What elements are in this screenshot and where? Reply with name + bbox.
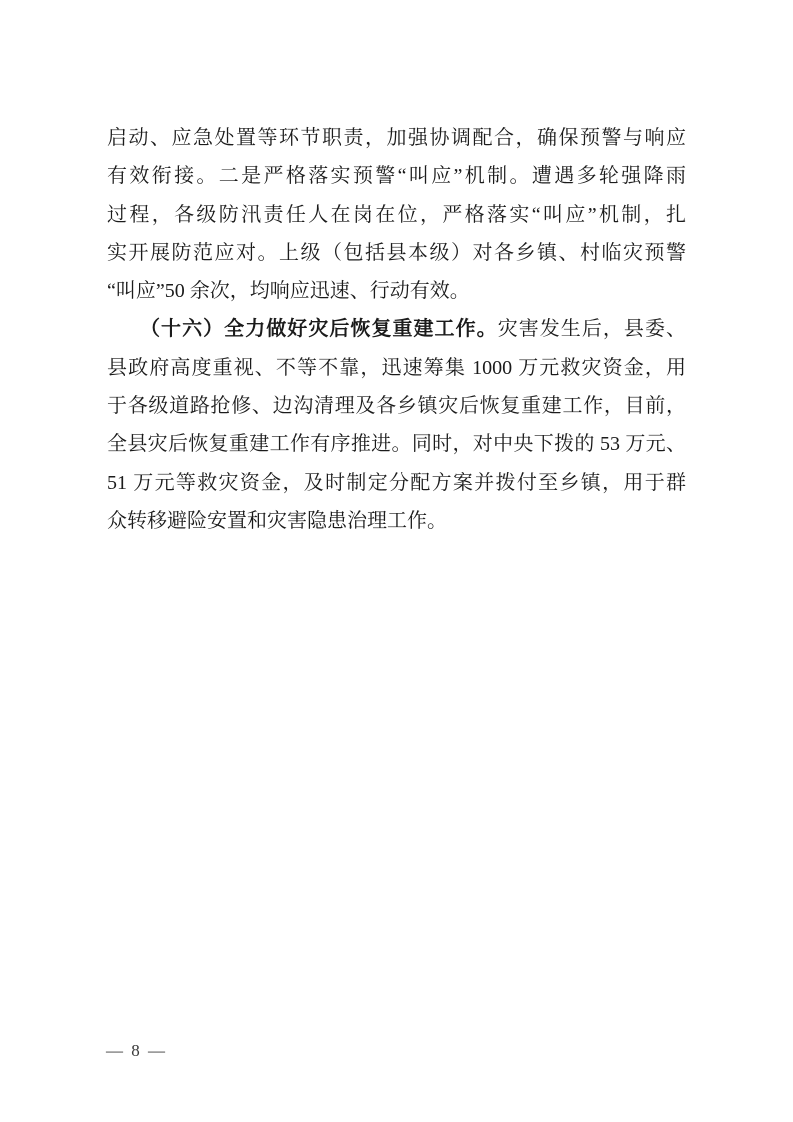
body-line: （十六）全力做好灾后恢复重建工作。灾害发生后，县委、 xyxy=(107,310,686,348)
body-line: 全县灾后恢复重建工作有序推进。同时，对中央下拨的 53 万元、 xyxy=(107,425,686,463)
page-number: — 8 — xyxy=(106,1040,167,1062)
section-16-lead-text: 灾害发生后，县委、 xyxy=(498,318,686,340)
body-line: 众转移避险安置和灾害隐患治理工作。 xyxy=(107,502,686,540)
body-line: 县政府高度重视、不等不靠，迅速筹集 1000 万元救灾资金，用 xyxy=(107,349,686,387)
body-line: 51 万元等救灾资金，及时制定分配方案并拨付至乡镇，用于群 xyxy=(107,464,686,502)
body-line: 启动、应急处置等环节职责，加强协调配合，确保预警与响应 xyxy=(107,119,686,157)
body-text-block: 启动、应急处置等环节职责，加强协调配合，确保预警与响应 有效衔接。二是严格落实预… xyxy=(107,119,686,540)
body-line: 于各级道路抢修、边沟清理及各乡镇灾后恢复重建工作，目前， xyxy=(107,387,686,425)
body-line: 过程，各级防汛责任人在岗在位，严格落实“叫应”机制，扎 xyxy=(107,196,686,234)
section-16-heading: （十六）全力做好灾后恢复重建工作。 xyxy=(140,318,498,340)
body-line: “叫应”50 余次，均响应迅速、行动有效。 xyxy=(107,272,686,310)
document-page: 启动、应急处置等环节职责，加强协调配合，确保预警与响应 有效衔接。二是严格落实预… xyxy=(0,0,793,1122)
body-line: 实开展防范应对。上级（包括县本级）对各乡镇、村临灾预警 xyxy=(107,234,686,272)
body-line: 有效衔接。二是严格落实预警“叫应”机制。遭遇多轮强降雨 xyxy=(107,157,686,195)
